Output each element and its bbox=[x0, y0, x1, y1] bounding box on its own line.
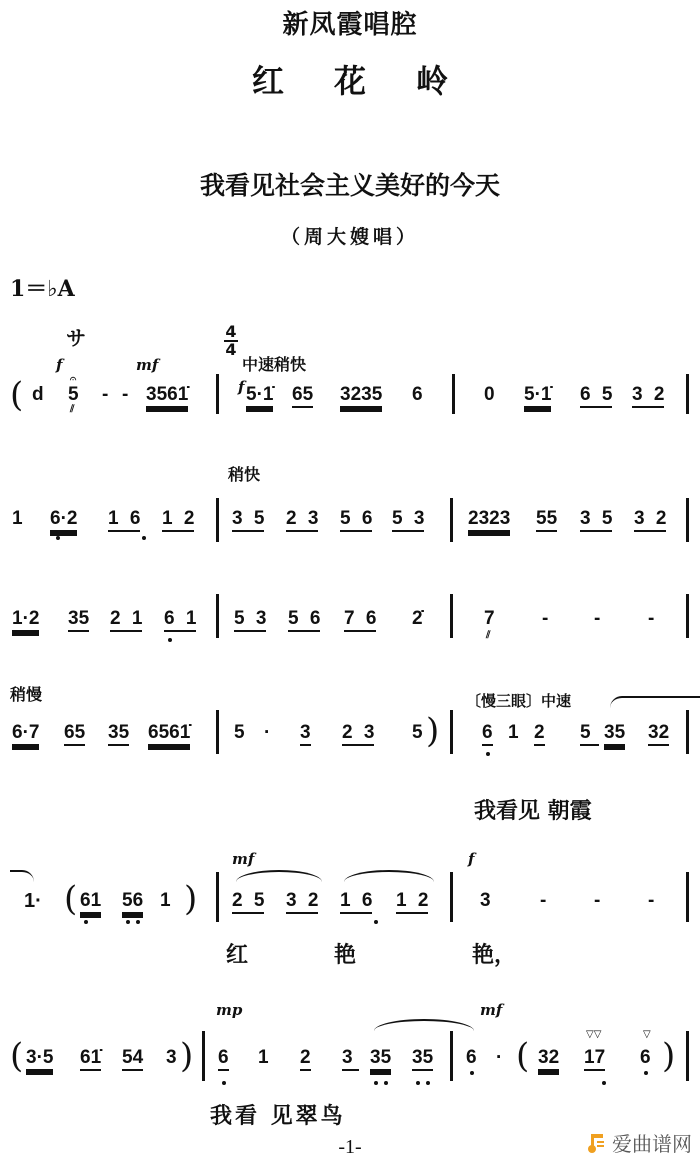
low-octave-dot bbox=[142, 536, 146, 540]
note-group: 5·1̇ bbox=[246, 384, 273, 408]
note-group: 3 5 bbox=[580, 508, 612, 532]
dynamic-f: f bbox=[56, 356, 62, 374]
book-title: 新凤霞唱腔 bbox=[0, 4, 700, 41]
barline bbox=[216, 710, 219, 754]
close-paren: ) bbox=[180, 1039, 193, 1073]
barline bbox=[216, 498, 219, 542]
note-group: 6 1 bbox=[164, 608, 196, 632]
low-octave-dot bbox=[644, 1071, 648, 1075]
note-group: 54 bbox=[122, 1047, 143, 1071]
note-group: 7 6 bbox=[344, 608, 376, 632]
tempo-marking: 稍快 bbox=[228, 462, 260, 485]
note-group: 32 bbox=[538, 1047, 559, 1071]
dynamic-mf: mf bbox=[136, 356, 158, 374]
note: 7 bbox=[484, 608, 495, 630]
note: 6 bbox=[412, 384, 423, 406]
dash: - bbox=[122, 384, 128, 406]
time-signature: 4 4 bbox=[224, 324, 238, 358]
dot-extension: · bbox=[496, 1047, 502, 1069]
note-group: 3 2 bbox=[286, 890, 318, 914]
note: 6 bbox=[482, 722, 493, 746]
dynamic-mf: mf bbox=[480, 1001, 502, 1019]
note: 5 bbox=[68, 384, 79, 406]
barline bbox=[450, 872, 453, 922]
note-group: 1 6 bbox=[108, 508, 140, 532]
close-paren: ) bbox=[426, 714, 439, 748]
lyric: 红 bbox=[226, 938, 248, 969]
note-group: 35 bbox=[604, 722, 625, 746]
note: 1 bbox=[12, 508, 23, 530]
note-group: 1 2 bbox=[162, 508, 194, 532]
note: 5 bbox=[412, 722, 423, 744]
barline bbox=[216, 594, 219, 638]
note: 3 bbox=[342, 1047, 359, 1071]
note-group: 5 3 bbox=[234, 608, 266, 632]
note-group: 5 6 bbox=[288, 608, 320, 632]
note: 5 bbox=[234, 722, 245, 744]
note-group: 3561̇ bbox=[146, 384, 188, 408]
lyrics-line: 我看见 朝霞 bbox=[474, 794, 592, 825]
note-group: 3 5 bbox=[232, 508, 264, 532]
open-paren: ( bbox=[64, 882, 77, 916]
dynamic-f: f bbox=[468, 850, 474, 868]
dynamic-mf: mf bbox=[232, 850, 254, 868]
barline bbox=[202, 1031, 205, 1081]
singer-credit: （周大嫂唱） bbox=[0, 222, 700, 249]
score-line-4: 稍慢 〔慢三眼〕中速 6·7 65 35 6561̇ 5 · 3 2 3 5 )… bbox=[0, 680, 700, 840]
dot-extension: · bbox=[264, 722, 270, 744]
accent-icon: ▽ bbox=[643, 1029, 651, 1040]
tremolo-icon: ⫽ bbox=[486, 630, 490, 641]
barline bbox=[686, 1031, 689, 1081]
note-group: 6·2 bbox=[50, 508, 77, 532]
double-low-octave-dot bbox=[416, 1081, 420, 1085]
note-group: 5·1̇ bbox=[524, 384, 551, 408]
note-group: 6561̇ bbox=[148, 722, 190, 746]
open-paren: ( bbox=[10, 378, 23, 412]
note-group: 65 bbox=[292, 384, 313, 408]
dash: - bbox=[542, 608, 548, 630]
free-tempo-mark: サ bbox=[66, 322, 86, 351]
note-group: 3·5 bbox=[26, 1047, 53, 1071]
score-line-1: サ f mf 4 4 中速稍快 ( d 𝄐 5 ⫽ - - 3561̇ f 5·… bbox=[0, 320, 700, 420]
note: 5 bbox=[580, 722, 599, 746]
note-group: 3235 bbox=[340, 384, 382, 408]
note-group: 61̇ bbox=[80, 1047, 101, 1071]
note: 6 bbox=[466, 1047, 477, 1069]
note-group: 35 bbox=[108, 722, 129, 746]
dynamic-mp: mp bbox=[216, 1001, 242, 1019]
dash: - bbox=[594, 890, 600, 912]
note: 2 bbox=[300, 1047, 311, 1071]
double-low-octave-dot bbox=[384, 1081, 388, 1085]
low-octave-dot bbox=[470, 1071, 474, 1075]
note-group: 1 2 bbox=[396, 890, 428, 914]
note: 2̇ bbox=[412, 608, 423, 630]
score-line-3: 1·2 35 2 1 6 1 5 3 5 6 7 6 2̇ 7 ⫽ - - - bbox=[0, 590, 700, 650]
barline bbox=[686, 594, 689, 638]
double-low-octave-dot bbox=[126, 920, 130, 924]
lyric: 艳 bbox=[334, 938, 356, 969]
song-title: 我看见社会主义美好的今天 bbox=[0, 166, 700, 202]
barline bbox=[686, 710, 689, 754]
note-group: 35 bbox=[370, 1047, 391, 1071]
watermark: 爱曲谱网 bbox=[588, 1128, 692, 1157]
music-note-icon bbox=[588, 1132, 606, 1154]
slur-arc bbox=[344, 870, 434, 882]
barline bbox=[686, 498, 689, 542]
note-group: 35 bbox=[68, 608, 89, 632]
barline bbox=[450, 1031, 453, 1081]
barline bbox=[450, 710, 453, 754]
barline bbox=[686, 872, 689, 922]
dash: - bbox=[540, 890, 546, 912]
barline bbox=[216, 872, 219, 922]
barline bbox=[686, 374, 689, 414]
tie-arc bbox=[610, 696, 700, 708]
note-group: 3 2 bbox=[632, 384, 664, 408]
open-paren: ( bbox=[516, 1039, 529, 1073]
note-group: 2 1 bbox=[110, 608, 142, 632]
tempo-marking: 〔慢三眼〕中速 bbox=[466, 690, 571, 711]
score-line-2: 稍快 1 6·2 1 6 1 2 3 5 2 3 5 6 5 3 2323 55… bbox=[0, 458, 700, 538]
note-group: 35 bbox=[412, 1047, 433, 1071]
note: 1· bbox=[24, 890, 42, 912]
close-paren: ) bbox=[662, 1039, 675, 1073]
double-low-octave-dot bbox=[426, 1081, 430, 1085]
dynamic-f: f bbox=[238, 378, 244, 396]
note: 6 bbox=[640, 1047, 651, 1069]
rest: 0 bbox=[484, 384, 495, 406]
note: d bbox=[32, 384, 44, 406]
note-group: 6·7 bbox=[12, 722, 39, 746]
slur-arc bbox=[374, 1019, 474, 1031]
opera-title: 红花岭 bbox=[0, 56, 700, 102]
note: 2 bbox=[534, 722, 545, 746]
low-octave-dot bbox=[168, 638, 172, 642]
dash: - bbox=[594, 608, 600, 630]
note-group: 2323 bbox=[468, 508, 510, 532]
note-group: 17 bbox=[584, 1047, 605, 1071]
note-group: 65 bbox=[64, 722, 85, 746]
accent-icon: ▽▽ bbox=[586, 1029, 601, 1040]
dash: - bbox=[102, 384, 108, 406]
watermark-text: 爱曲谱网 bbox=[612, 1128, 692, 1157]
note: 3 bbox=[166, 1047, 177, 1069]
note: 3 bbox=[300, 722, 311, 746]
barline bbox=[216, 374, 219, 414]
note-group: 56 bbox=[122, 890, 143, 914]
dash: - bbox=[648, 890, 654, 912]
note: 6 bbox=[218, 1047, 229, 1071]
note-group: 2 3 bbox=[342, 722, 374, 746]
note: 1 bbox=[508, 722, 519, 744]
note-group: 5 3 bbox=[392, 508, 424, 532]
low-octave-dot bbox=[56, 536, 60, 540]
low-octave-dot bbox=[374, 920, 378, 924]
open-paren: ( bbox=[10, 1039, 23, 1073]
note-group: 32 bbox=[648, 722, 669, 746]
note-group: 6 5 bbox=[580, 384, 612, 408]
lyrics-line: 我看 见翠鸟 bbox=[210, 1099, 346, 1130]
low-octave-dot bbox=[84, 920, 88, 924]
low-octave-dot bbox=[602, 1081, 606, 1085]
score-line-6: mp mf ( 3·5 61̇ 54 3 ) 6 1 2 3 35 35 6 ·… bbox=[0, 995, 700, 1135]
slur-arc bbox=[236, 870, 322, 882]
note-group: 61 bbox=[80, 890, 101, 914]
tempo-marking: 中速稍快 bbox=[242, 352, 306, 375]
note-group: 1·2 bbox=[12, 608, 39, 632]
score-line-5: mf f 1· ( 61 56 1 ) 2 5 3 2 1 6 1 2 3 - … bbox=[0, 840, 700, 990]
time-sig-bottom: 4 bbox=[224, 342, 238, 358]
low-octave-dot bbox=[486, 752, 490, 756]
barline bbox=[450, 594, 453, 638]
note-group: 5 6 bbox=[340, 508, 372, 532]
note: 1 bbox=[160, 890, 171, 912]
barline bbox=[452, 374, 455, 414]
note-group: 55 bbox=[536, 508, 557, 532]
tempo-marking: 稍慢 bbox=[10, 682, 42, 705]
note-group: 2 5 bbox=[232, 890, 264, 914]
tie-arc bbox=[10, 870, 34, 882]
note-group: 3 2 bbox=[634, 508, 666, 532]
note-group: 2 3 bbox=[286, 508, 318, 532]
dash: - bbox=[648, 608, 654, 630]
note: 1 bbox=[258, 1047, 269, 1069]
note: 3 bbox=[480, 890, 491, 912]
barline bbox=[450, 498, 453, 542]
note-group: 1 6 bbox=[340, 890, 372, 914]
lyric: 艳， bbox=[472, 938, 516, 969]
tremolo-icon: ⫽ bbox=[70, 404, 74, 415]
key-signature: 1＝♭A bbox=[10, 272, 75, 303]
close-paren: ) bbox=[184, 882, 197, 916]
double-low-octave-dot bbox=[136, 920, 140, 924]
double-low-octave-dot bbox=[374, 1081, 378, 1085]
low-octave-dot bbox=[222, 1081, 226, 1085]
